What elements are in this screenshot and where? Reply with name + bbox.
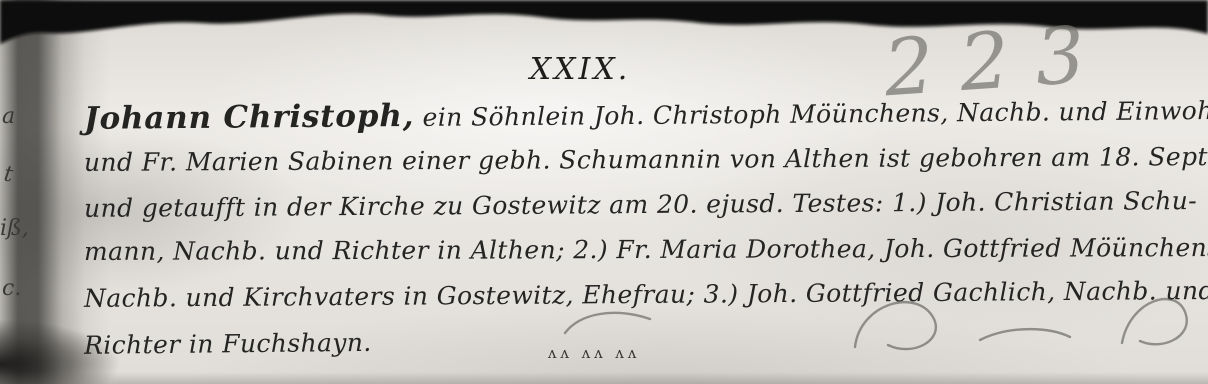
gutter-fragment: iß, [0,216,29,241]
scanned-register-page: 223 XXIX. Johann Christoph, ein Söhnlein… [0,0,1208,384]
gutter-fragment: a [2,104,15,129]
bottom-edge-shadow [0,372,1208,384]
record-line: und Fr. Marien Sabinen einer gebh. Schum… [84,134,1198,185]
record-line-text: und getaufft in der Kirche zu Gostewitz … [84,186,1197,223]
gutter-fragment: c. [2,276,21,301]
record-line-text: ein Söhnlein Joh. Christoph Möünchens, N… [414,94,1208,132]
separator-flourish: ʌʌ ʌʌ ʌʌ [548,344,640,362]
record-line: Johann Christoph, ein Söhnlein Joh. Chri… [84,87,1198,142]
record-line-text: mann, Nachb. und Richter in Althen; 2.) … [84,233,1208,266]
entry-number-heading: XXIX. [0,52,1160,87]
record-line: mann, Nachb. und Richter in Althen; 2.) … [84,225,1198,274]
record-line-text: Richter in Fuchshayn. [84,328,372,360]
record-text-block: Johann Christoph, ein Söhnlein Joh. Chri… [84,92,1198,362]
record-line-text: und Fr. Marien Sabinen einer gebh. Schum… [84,142,1208,177]
record-line: und getaufft in der Kirche zu Gostewitz … [84,178,1198,231]
record-line-text: Nachb. und Kirchvaters in Gostewitz, Ehe… [84,276,1208,313]
child-name: Johann Christoph, [84,98,415,137]
